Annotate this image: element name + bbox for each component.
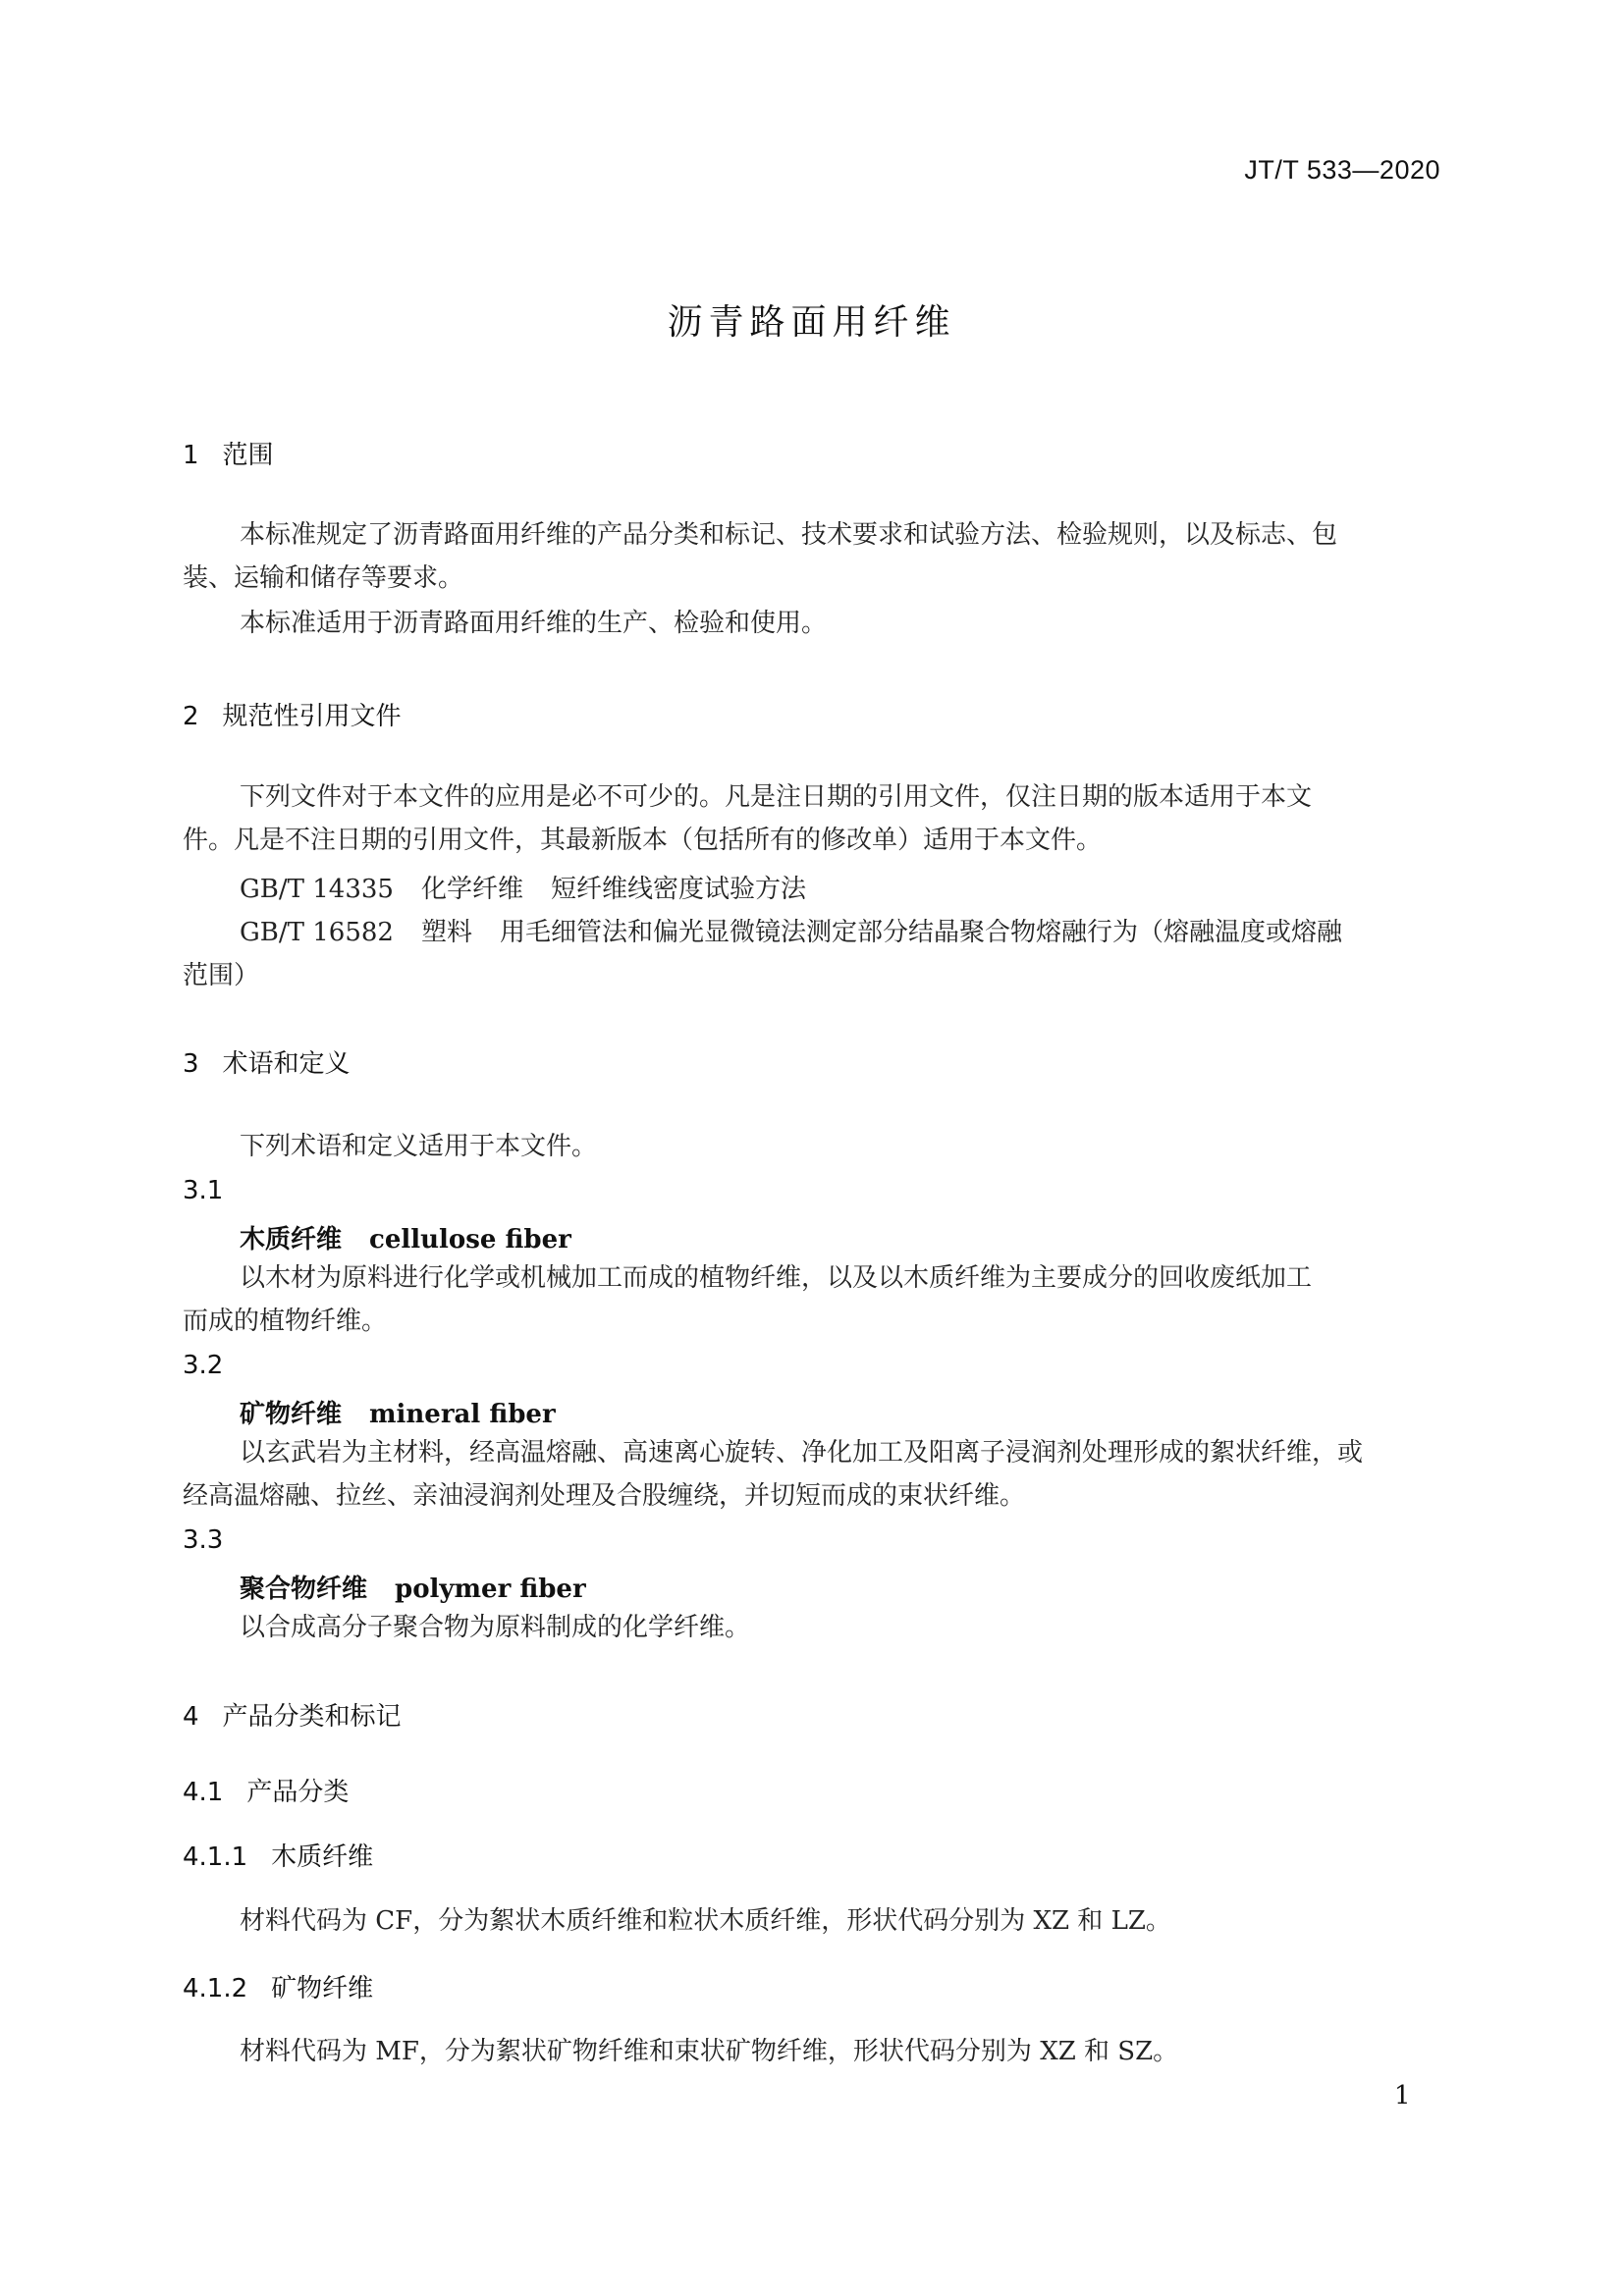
subsection-number: 4.1 — [183, 1778, 223, 1807]
term-number: 3.2 — [183, 1351, 223, 1380]
section-title: 规范性引用文件 — [223, 702, 402, 731]
subsubsection-4-1-1-text: 材料代码为 CF，分为絮状木质纤维和粒状木质纤维，形状代码分别为 XZ 和 LZ… — [183, 1899, 1441, 1943]
term-number: 3.3 — [183, 1525, 223, 1555]
subsubsection-number: 4.1.1 — [183, 1842, 247, 1872]
subsubsection-number: 4.1.2 — [183, 1974, 247, 2003]
paragraph-line: 本标准适用于沥青路面用纤维的生产、检验和使用。 — [183, 602, 1441, 645]
definition-line: 以合成高分子聚合物为原料制成的化学纤维。 — [183, 1606, 1441, 1649]
document-title: 沥青路面用纤维 — [0, 294, 1623, 345]
reference-title-part1: 化学纤维 — [421, 875, 523, 904]
reference-title-part2: 短纤维线密度试验方法 — [551, 875, 806, 904]
section-number: 1 — [183, 441, 199, 470]
section-1-paragraph-2: 本标准适用于沥青路面用纤维的生产、检验和使用。 — [183, 602, 1441, 645]
term-heading: 木质纤维cellulose fiber — [240, 1219, 571, 1255]
term-number: 3.1 — [183, 1176, 223, 1205]
subsection-heading-4-1: 4.1产品分类 — [183, 1772, 349, 1808]
section-title: 产品分类和标记 — [223, 1702, 402, 1732]
standard-code: JT/T 533—2020 — [1244, 155, 1440, 186]
subsubsection-title: 矿物纤维 — [271, 1974, 373, 2003]
section-title: 术语和定义 — [223, 1049, 351, 1079]
paragraph-line: 下列文件对于本文件的应用是必不可少的。凡是注日期的引用文件，仅注日期的版本适用于… — [183, 775, 1441, 819]
reference-title-part1: 塑料 — [421, 918, 472, 947]
normative-reference: GB/T 16582塑料用毛细管法和偏光显微镜法测定部分结晶聚合物熔融行为（熔融… — [240, 912, 1342, 948]
section-2-intro: 下列文件对于本文件的应用是必不可少的。凡是注日期的引用文件，仅注日期的版本适用于… — [183, 775, 1441, 862]
section-heading-1: 1范围 — [183, 435, 274, 471]
subsubsection-4-1-2-text: 材料代码为 MF，分为絮状矿物纤维和束状矿物纤维，形状代码分别为 XZ 和 SZ… — [183, 2030, 1441, 2073]
term-definition: 以合成高分子聚合物为原料制成的化学纤维。 — [183, 1606, 1441, 1649]
term-en: cellulose fiber — [369, 1225, 571, 1255]
subsubsection-heading-4-1-2: 4.1.2矿物纤维 — [183, 1968, 373, 2004]
definition-line: 经高温熔融、拉丝、亲油浸润剂处理及合股缠绕，并切短而成的束状纤维。 — [183, 1474, 1441, 1518]
section-number: 4 — [183, 1702, 199, 1732]
reference-code: GB/T 16582 — [240, 918, 394, 947]
section-heading-3: 3术语和定义 — [183, 1043, 351, 1080]
definition-line: 以木材为原料进行化学或机械加工而成的植物纤维，以及以木质纤维为主要成分的回收废纸… — [183, 1256, 1441, 1300]
section-number: 3 — [183, 1049, 199, 1079]
page-number: 1 — [1394, 2081, 1411, 2110]
paragraph-line: 材料代码为 MF，分为絮状矿物纤维和束状矿物纤维，形状代码分别为 XZ 和 SZ… — [183, 2030, 1441, 2073]
term-heading: 矿物纤维mineral fiber — [240, 1394, 556, 1430]
document-page: JT/T 533—2020 沥青路面用纤维 1范围 本标准规定了沥青路面用纤维的… — [0, 0, 1623, 2296]
reference-title-part2: 用毛细管法和偏光显微镜法测定部分结晶聚合物熔融行为（熔融温度或熔融 — [500, 918, 1342, 947]
normative-reference-continuation: 范围） — [183, 955, 259, 991]
term-zh: 矿物纤维 — [240, 1400, 342, 1429]
term-zh: 聚合物纤维 — [240, 1575, 367, 1604]
paragraph-line: 材料代码为 CF，分为絮状木质纤维和粒状木质纤维，形状代码分别为 XZ 和 LZ… — [183, 1899, 1441, 1943]
term-zh: 木质纤维 — [240, 1225, 342, 1255]
term-en: mineral fiber — [369, 1400, 556, 1429]
paragraph-line: 本标准规定了沥青路面用纤维的产品分类和标记、技术要求和试验方法、检验规则，以及标… — [183, 513, 1441, 557]
section-heading-4: 4产品分类和标记 — [183, 1696, 402, 1733]
definition-line: 以玄武岩为主材料，经高温熔融、高速离心旋转、净化加工及阳离子浸润剂处理形成的絮状… — [183, 1431, 1441, 1474]
term-en: polymer fiber — [395, 1575, 586, 1604]
subsection-title: 产品分类 — [246, 1778, 349, 1807]
reference-code: GB/T 14335 — [240, 875, 394, 904]
subsubsection-title: 木质纤维 — [271, 1842, 373, 1872]
paragraph-line: 下列术语和定义适用于本文件。 — [183, 1125, 1441, 1168]
section-1-paragraph-1: 本标准规定了沥青路面用纤维的产品分类和标记、技术要求和试验方法、检验规则，以及标… — [183, 513, 1441, 600]
paragraph-line: 件。凡是不注日期的引用文件，其最新版本（包括所有的修改单）适用于本文件。 — [183, 819, 1441, 862]
definition-line: 而成的植物纤维。 — [183, 1300, 1441, 1343]
term-heading: 聚合物纤维polymer fiber — [240, 1569, 586, 1605]
term-definition: 以木材为原料进行化学或机械加工而成的植物纤维，以及以木质纤维为主要成分的回收废纸… — [183, 1256, 1441, 1343]
term-definition: 以玄武岩为主材料，经高温熔融、高速离心旋转、净化加工及阳离子浸润剂处理形成的絮状… — [183, 1431, 1441, 1518]
paragraph-line: 装、运输和储存等要求。 — [183, 557, 1441, 600]
subsubsection-heading-4-1-1: 4.1.1木质纤维 — [183, 1837, 373, 1873]
section-title: 范围 — [223, 441, 274, 470]
normative-reference: GB/T 14335化学纤维短纤维线密度试验方法 — [240, 869, 806, 905]
section-heading-2: 2规范性引用文件 — [183, 696, 402, 732]
section-3-intro: 下列术语和定义适用于本文件。 — [183, 1125, 1441, 1168]
section-number: 2 — [183, 702, 199, 731]
